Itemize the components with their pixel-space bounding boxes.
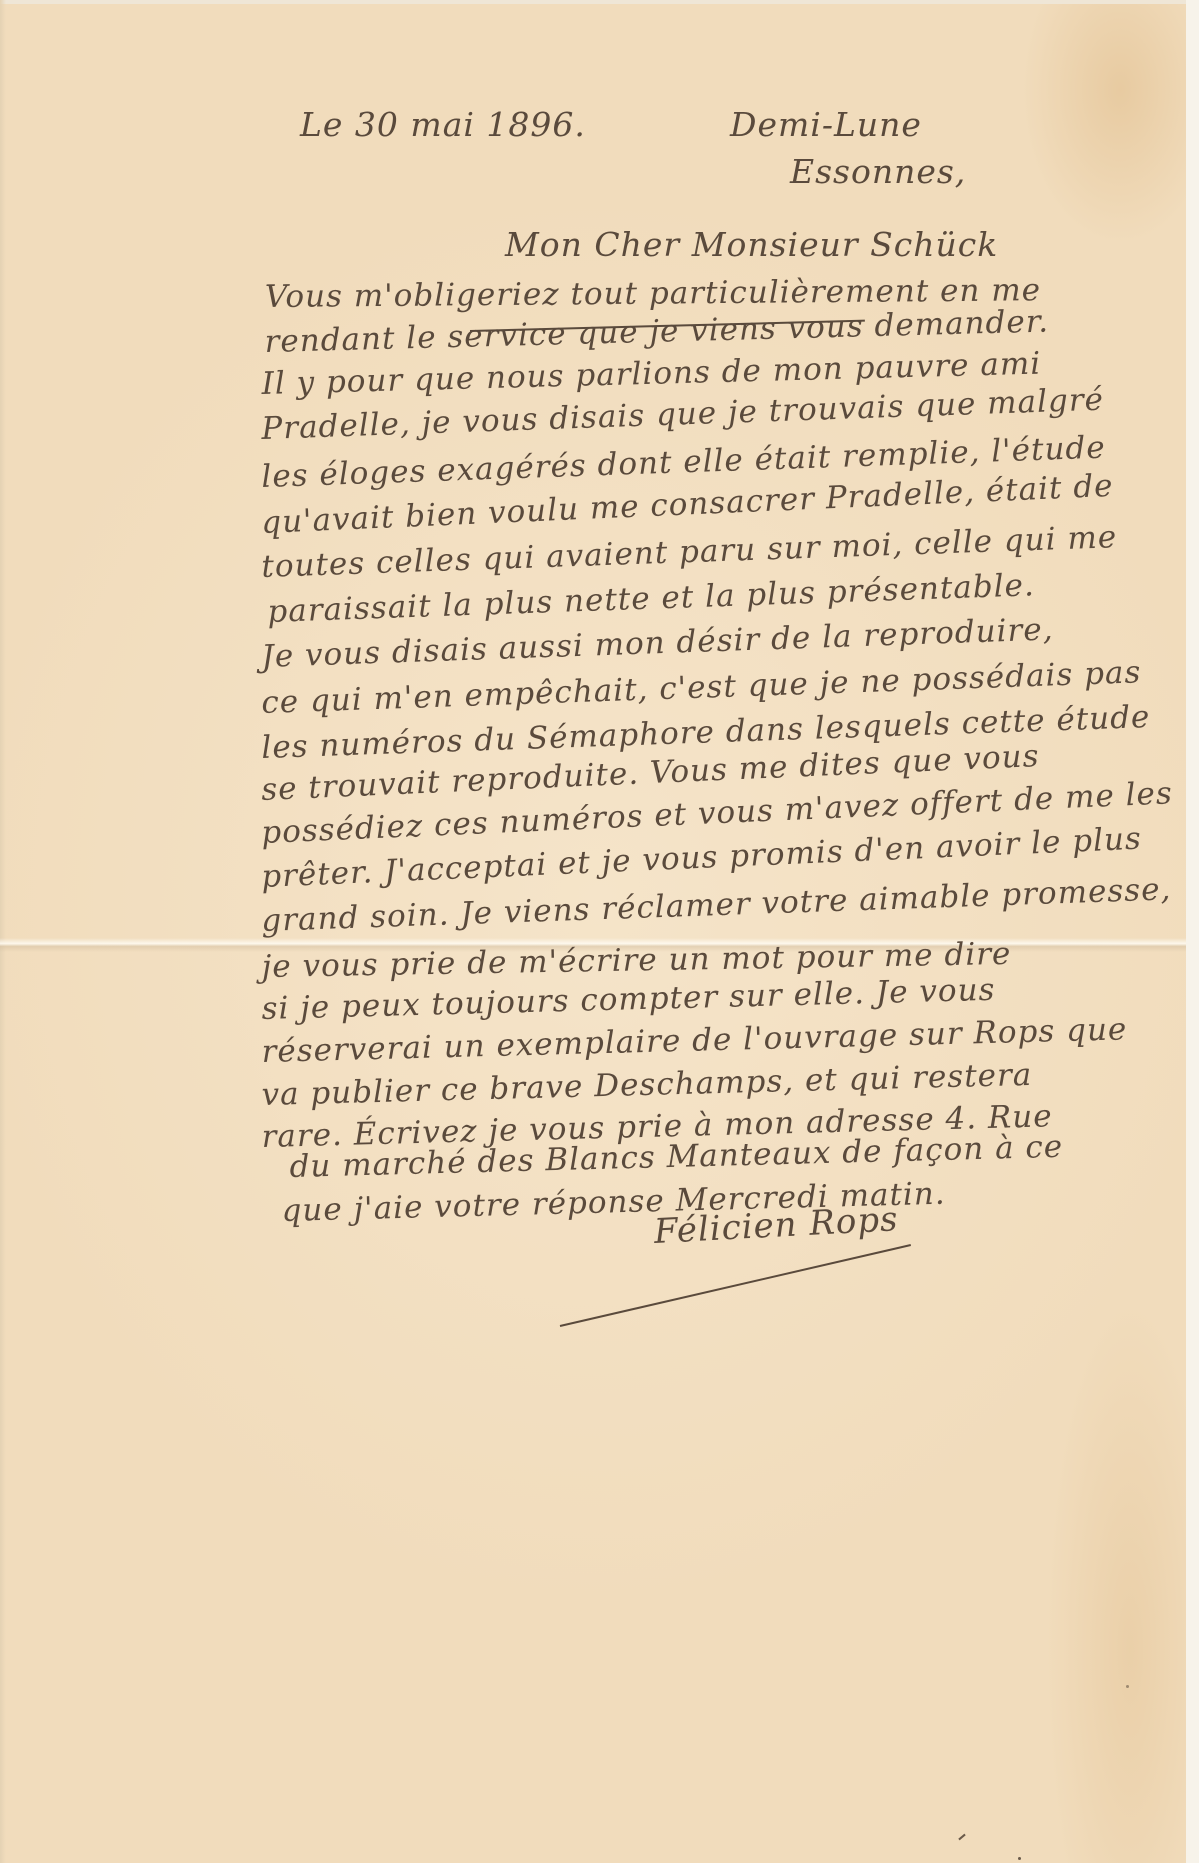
page-left-edge bbox=[0, 0, 6, 1863]
ink-mark bbox=[958, 1834, 965, 1841]
letter-place-line1: Demi-Lune bbox=[730, 108, 922, 141]
letter-date: Le 30 mai 1896. bbox=[300, 108, 586, 141]
letter-place-line2: Essonnes, bbox=[790, 155, 966, 188]
letter-page: Le 30 mai 1896. Demi-Lune Essonnes, Mon … bbox=[0, 0, 1188, 1863]
letter-salutation: Mon Cher Monsieur Schück bbox=[505, 228, 998, 261]
ink-speck bbox=[1018, 1857, 1021, 1860]
page-top-edge bbox=[0, 0, 1188, 4]
signature: Félicien Rops bbox=[653, 1202, 899, 1249]
ink-speck bbox=[1126, 1685, 1129, 1688]
scan-right-edge bbox=[1186, 0, 1199, 1863]
signature-flourish bbox=[560, 1244, 911, 1327]
